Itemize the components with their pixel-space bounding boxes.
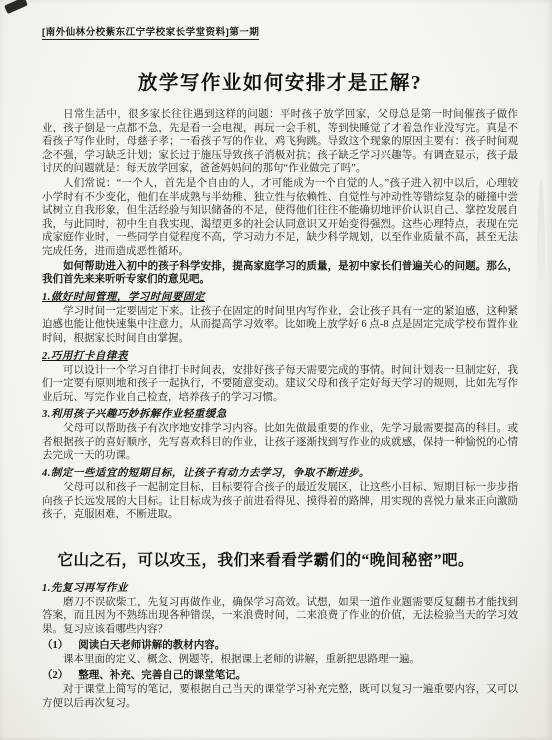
expert-tip-4-body: 父母可以和孩子一起制定目标，目标要符合孩子的最近发展区，让这些小目标、短期目标一…: [42, 481, 518, 522]
document-content: [南外仙林分校紫东江宁学校家长学堂资料]第一期 放学写作业如何安排才是正解? 日…: [42, 22, 518, 712]
scan-smudge: [536, 180, 546, 500]
section2-tip-body: 磨刀不误砍柴工，先复习再做作业，确保学习高效。试想，如果一道作业题需要反复翻书才…: [42, 596, 518, 637]
section2-title: 它山之石，可以攻玉，我们来看看学霸们的“晚间秘密”吧。: [42, 548, 518, 570]
expert-tip-3-heading: 3.利用孩子兴趣巧妙拆解作业轻重缓急: [42, 406, 518, 421]
page-title: 放学写作业如何安排才是正解?: [42, 67, 518, 95]
review-item-1-title-line: （1）阅读白天老师讲解的教材内容。: [42, 639, 518, 653]
intro-paragraph-1: 日常生活中，很多家长往往遇到这样的问题：平时孩子放学回家，父母总是第一时间催孩子…: [42, 108, 518, 176]
section2-tip-heading: 1.先复习再写作业: [42, 580, 518, 595]
review-item-2-title: 整理、补充、完善自己的课堂笔记。: [78, 670, 246, 681]
document-header: [南外仙林分校紫东江宁学校家长学堂资料]第一期: [42, 24, 259, 40]
expert-tip-1-heading: 1.做好时间管理，学习时间要固定: [42, 289, 518, 304]
intro-paragraph-2: 人们常说：“一个人，首先是个自由的人，才可能成为一个自觉的人。”孩子进入初中以后…: [42, 177, 518, 259]
review-item-2-label: （2）: [42, 670, 68, 681]
review-item-2-title-line: （2）整理、补充、完善自己的课堂笔记。: [42, 669, 518, 683]
review-item-2-body: 对于课堂上简写的笔记，要根据自己当天的课堂学习补充完整，既可以复习一遍重要内容，…: [42, 683, 518, 710]
lead-paragraph: 如何帮助进入初中的孩子科学安排，提高家庭学习的质量，是初中家长们普遍关心的问题。…: [42, 260, 518, 287]
scan-corner-mark: [4, 0, 28, 14]
review-item-1-title: 阅读白天老师讲解的教材内容。: [78, 640, 225, 651]
expert-tip-3-body: 父母可以帮助孩子有次序地安排学习内容。比如先做最重要的作业，先学习最需要提高的科…: [42, 422, 518, 463]
review-item-1-label: （1）: [42, 640, 68, 651]
scanned-document-page: [南外仙林分校紫东江宁学校家长学堂资料]第一期 放学写作业如何安排才是正解? 日…: [0, 0, 552, 740]
review-item-1-body: 课本里面的定义、概念、例题等，根据课上老师的讲解，重新把思路理一遍。: [42, 653, 518, 667]
expert-tip-4-heading: 4.制定一些适宜的短期目标，让孩子有动力去学习，争取不断进步。: [42, 465, 518, 480]
expert-tip-1-body: 学习时间一定要固定下来。让孩子在固定的时间里内写作业，会让孩子具有一定的紧迫感，…: [42, 305, 518, 346]
expert-tip-2-body: 可以设计一个学习自律打卡时间表，安排好孩子每天需要完成的事情。时间计划表一旦制定…: [42, 364, 518, 405]
expert-tip-2-heading: 2.巧用打卡自律表: [42, 348, 518, 363]
